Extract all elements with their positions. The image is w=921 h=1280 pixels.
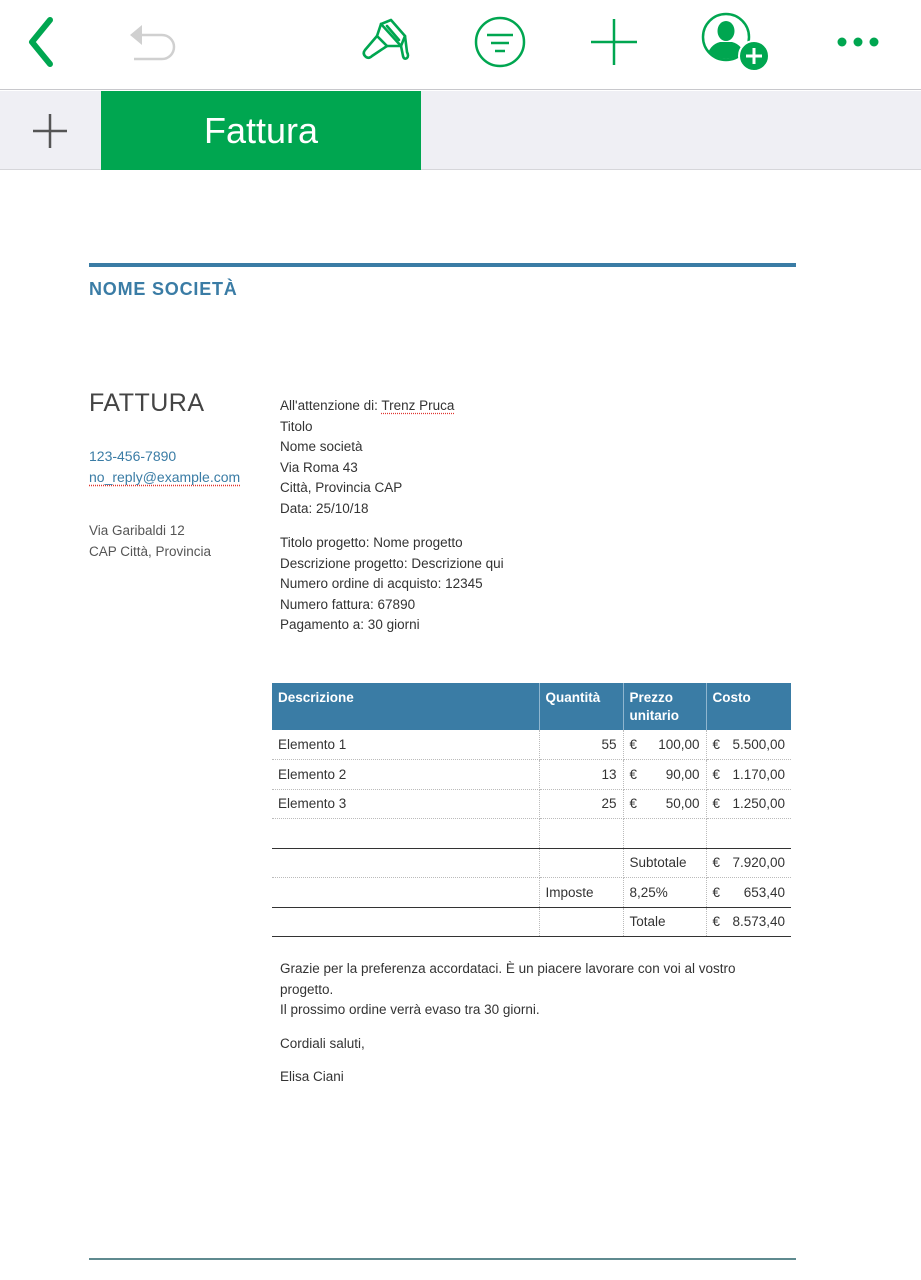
- format-button[interactable]: [355, 12, 415, 72]
- currency-symbol: €: [713, 737, 721, 752]
- total-value[interactable]: €8.573,40: [706, 907, 791, 937]
- subtotal-value[interactable]: €7.920,00: [706, 848, 791, 878]
- more-button[interactable]: [828, 12, 888, 72]
- table-cell[interactable]: [539, 848, 623, 878]
- table-cell[interactable]: [272, 878, 539, 908]
- table-row-subtotal: Subtotale €7.920,00: [272, 848, 791, 878]
- item-description[interactable]: Elemento 2: [272, 760, 539, 790]
- closing-block[interactable]: Grazie per la preferenza accordataci. È …: [280, 959, 780, 1101]
- tab-fattura[interactable]: Fattura: [101, 91, 421, 170]
- currency-symbol: €: [713, 855, 721, 870]
- table-row-empty: [272, 819, 791, 849]
- item-unit-price[interactable]: €100,00: [623, 730, 706, 760]
- subtotal-amount: 7.920,00: [732, 855, 785, 870]
- recipient-line: Via Roma 43: [280, 458, 454, 479]
- table-cell[interactable]: [539, 819, 623, 849]
- document-canvas[interactable]: NOME SOCIETÀ FATTURA 123-456-7890 no_rep…: [0, 171, 921, 1280]
- project-description: Descrizione progetto: Descrizione qui: [280, 554, 504, 575]
- email-address[interactable]: no_reply@example.com: [89, 467, 259, 488]
- tax-amount: 653,40: [744, 885, 785, 900]
- table-cell[interactable]: [706, 819, 791, 849]
- sheet-tab-bar: Fattura: [0, 91, 921, 170]
- column-header-quantity[interactable]: Quantità: [539, 683, 623, 730]
- paintbrush-icon: [357, 16, 413, 68]
- unit-price-amount: 90,00: [666, 767, 700, 782]
- table-row-tax: Imposte 8,25% €653,40: [272, 878, 791, 908]
- recipient-line: Titolo: [280, 417, 454, 438]
- item-cost[interactable]: €1.170,00: [706, 760, 791, 790]
- unit-price-amount: 100,00: [658, 737, 699, 752]
- add-person-icon: [698, 11, 774, 73]
- table-row: Elemento 325€50,00€1.250,00: [272, 789, 791, 819]
- currency-symbol: €: [630, 737, 638, 752]
- item-description[interactable]: Elemento 3: [272, 789, 539, 819]
- item-cost[interactable]: €5.500,00: [706, 730, 791, 760]
- table-cell[interactable]: [623, 819, 706, 849]
- column-header-cost[interactable]: Costo: [706, 683, 791, 730]
- table-cell[interactable]: [272, 848, 539, 878]
- invoice-date: Data: 25/10/18: [280, 499, 454, 520]
- unit-price-label: Prezzo unitario: [630, 689, 690, 725]
- back-button[interactable]: [12, 12, 72, 72]
- project-title: Titolo progetto: Nome progetto: [280, 533, 504, 554]
- sender-address-line: CAP Città, Provincia: [89, 541, 259, 562]
- item-unit-price[interactable]: €90,00: [623, 760, 706, 790]
- item-quantity[interactable]: 55: [539, 730, 623, 760]
- table-header-row: Descrizione Quantità Prezzo unitario Cos…: [272, 683, 791, 730]
- sender-block: FATTURA 123-456-7890 no_reply@example.co…: [89, 389, 259, 562]
- plus-icon: [32, 113, 68, 149]
- project-block[interactable]: Titolo progetto: Nome progetto Descrizio…: [280, 533, 504, 636]
- column-header-description[interactable]: Descrizione: [272, 683, 539, 730]
- invoice-title[interactable]: FATTURA: [89, 389, 259, 418]
- item-cost[interactable]: €1.250,00: [706, 789, 791, 819]
- invoice-table[interactable]: Descrizione Quantità Prezzo unitario Cos…: [272, 683, 791, 937]
- sender-address-line: Via Garibaldi 12: [89, 520, 259, 541]
- recipient-line: Nome società: [280, 437, 454, 458]
- cost-amount: 1.250,00: [732, 796, 785, 811]
- tax-value[interactable]: €653,40: [706, 878, 791, 908]
- attention-prefix: All'attenzione di:: [280, 398, 381, 413]
- currency-symbol: €: [630, 796, 638, 811]
- filter-icon: [473, 15, 527, 69]
- table-row: Elemento 213€90,00€1.170,00: [272, 760, 791, 790]
- currency-symbol: €: [713, 767, 721, 782]
- table-cell[interactable]: [539, 907, 623, 937]
- item-description[interactable]: Elemento 1: [272, 730, 539, 760]
- footer-rule: [89, 1258, 796, 1260]
- sender-address[interactable]: Via Garibaldi 12 CAP Città, Provincia: [89, 520, 259, 562]
- tax-rate[interactable]: 8,25%: [623, 878, 706, 908]
- undo-icon: [124, 17, 180, 67]
- cost-amount: 1.170,00: [732, 767, 785, 782]
- back-icon: [22, 14, 62, 70]
- table-cell[interactable]: [272, 907, 539, 937]
- company-name[interactable]: NOME SOCIETÀ: [89, 279, 238, 300]
- currency-symbol: €: [630, 767, 638, 782]
- more-icon: [836, 36, 880, 48]
- invoice-number: Numero fattura: 67890: [280, 595, 504, 616]
- collaborate-button[interactable]: [698, 12, 774, 72]
- plus-icon: [589, 17, 639, 67]
- payment-terms: Pagamento a: 30 giorni: [280, 615, 504, 636]
- currency-symbol: €: [713, 914, 721, 929]
- item-quantity[interactable]: 13: [539, 760, 623, 790]
- total-label[interactable]: Totale: [623, 907, 706, 937]
- table-cell[interactable]: [272, 819, 539, 849]
- undo-button[interactable]: [122, 12, 182, 72]
- unit-price-amount: 50,00: [666, 796, 700, 811]
- currency-symbol: €: [713, 885, 721, 900]
- item-quantity[interactable]: 25: [539, 789, 623, 819]
- total-amount: 8.573,40: [732, 914, 785, 929]
- cost-amount: 5.500,00: [732, 737, 785, 752]
- item-unit-price[interactable]: €50,00: [623, 789, 706, 819]
- column-header-unit-price[interactable]: Prezzo unitario: [623, 683, 706, 730]
- toolbar: [0, 0, 921, 90]
- table-row: Elemento 155€100,00€5.500,00: [272, 730, 791, 760]
- greeting: Cordiali saluti,: [280, 1034, 780, 1055]
- next-order-text: Il prossimo ordine verrà evaso tra 30 gi…: [280, 1002, 540, 1017]
- insert-button[interactable]: [584, 12, 644, 72]
- recipient-block[interactable]: All'attenzione di: Trenz Pruca Titolo No…: [280, 396, 454, 520]
- recipient-line: Città, Provincia CAP: [280, 478, 454, 499]
- attention-name: Trenz Pruca: [381, 398, 454, 413]
- tax-label[interactable]: Imposte: [539, 878, 623, 908]
- phone-number[interactable]: 123-456-7890: [89, 446, 259, 467]
- currency-symbol: €: [713, 796, 721, 811]
- subtotal-label[interactable]: Subtotale: [623, 848, 706, 878]
- table-row-total: Totale €8.573,40: [272, 907, 791, 937]
- tab-label: Fattura: [204, 110, 318, 152]
- header-rule: [89, 263, 796, 267]
- attention-line: All'attenzione di: Trenz Pruca: [280, 396, 454, 417]
- sort-filter-button[interactable]: [470, 12, 530, 72]
- add-sheet-button[interactable]: [0, 91, 100, 170]
- signature: Elisa Ciani: [280, 1067, 780, 1088]
- purchase-order-number: Numero ordine di acquisto: 12345: [280, 574, 504, 595]
- thank-you-text: Grazie per la preferenza accordataci. È …: [280, 961, 735, 997]
